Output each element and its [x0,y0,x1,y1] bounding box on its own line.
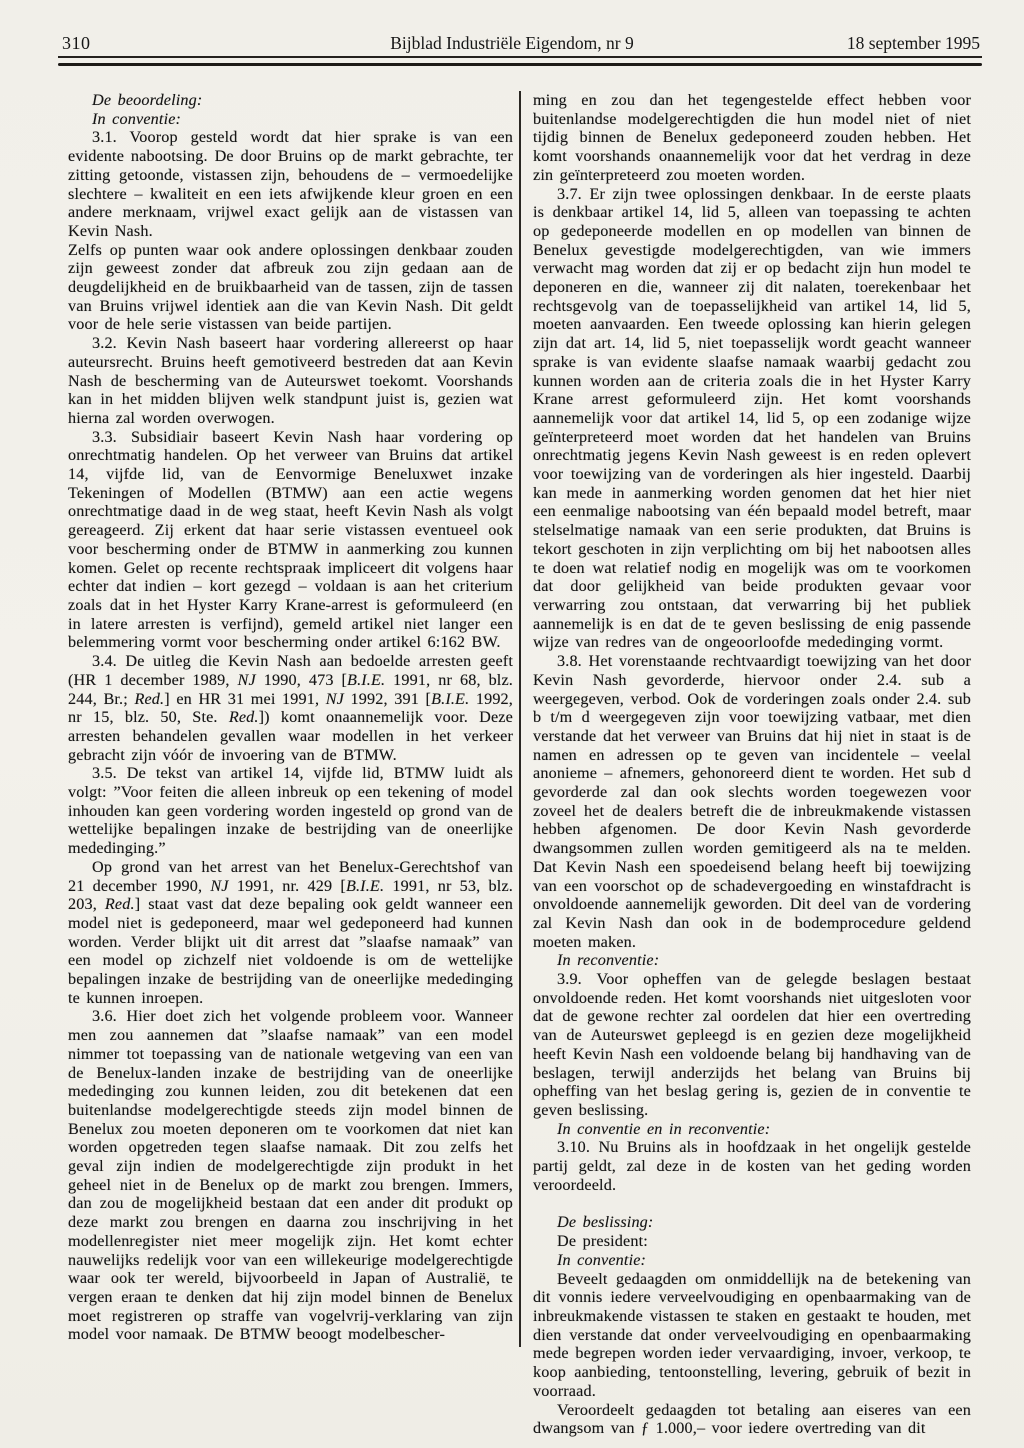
text-segment: Red. [134,690,164,708]
section-heading: In conventie: [533,1251,971,1270]
text-segment: In conventie: [92,110,181,128]
text-segment: 1990, 473 [ [256,671,347,689]
text-segment: 3.1. Voorop gesteld wordt dat hier sprak… [68,128,513,240]
paragraph: 3.3. Subsidiair baseert Kevin Nash haar … [68,428,513,652]
paragraph: Beveelt gedaagden om onmiddellijk na de … [533,1270,971,1401]
text-segment: 3.2. Kevin Nash baseert haar vordering a… [68,334,513,427]
section-heading: De beoordeling: [68,91,513,110]
issue-date: 18 september 1995 [847,33,980,54]
column-divider [519,91,521,1347]
header-rule-thick [58,63,982,66]
text-segment: 3.10. Nu Bruins als in hoofdzaak in het … [533,1138,971,1193]
text-segment: 3.5. De tekst van artikel 14, vijfde lid… [68,764,513,857]
paragraph: 3.10. Nu Bruins als in hoofdzaak in het … [533,1138,971,1194]
text-segment: 3.9. Voor opheffen van de gelegde beslag… [533,970,971,1119]
text-segment: B.I.E. [347,671,385,689]
text-segment: 3.8. Het vorenstaande rechtvaardigt toew… [533,652,971,951]
section-heading: In conventie en in reconventie: [533,1120,971,1139]
text-segment: De beslissing: [557,1213,653,1231]
text-segment: B.I.E. [346,877,384,895]
text-segment: ] staat vast dat deze bepaling ook geldt… [68,895,513,1007]
paragraph: Op grond van het arrest van het Benelux-… [68,858,513,1008]
paragraph: 3.4. De uitleg die Kevin Nash aan bedoel… [68,652,513,764]
text-segment: Beveelt gedaagden om onmiddellijk na de … [533,1270,971,1400]
paragraph: 3.5. De tekst van artikel 14, vijfde lid… [68,764,513,858]
text-segment: NJ [326,690,344,708]
right-column: ming en zou dan het tegengestelde effect… [533,91,971,1438]
text-segment: Red. [229,708,259,726]
paragraph: 3.2. Kevin Nash baseert haar vordering a… [68,334,513,428]
section-heading: De beslissing: [533,1213,971,1232]
paragraph: 3.8. Het vorenstaande rechtvaardigt toew… [533,652,971,951]
text-segment: ] en HR 31 mei 1991, [164,690,325,708]
text-segment: Veroordeelt gedaagden tot betaling aan e… [533,1401,971,1438]
paragraph: 3.9. Voor opheffen van de gelegde beslag… [533,970,971,1120]
document-page: 310 Bijblad Industriële Eigendom, nr 9 1… [0,0,1024,1448]
text-segment: De president: [557,1232,648,1250]
text-segment: 1991, nr. 429 [ [229,877,346,895]
text-segment: Zelfs op punten waar ook andere oplossin… [68,241,513,334]
paragraph: 3.1. Voorop gesteld wordt dat hier sprak… [68,128,513,240]
paragraph: ming en zou dan het tegengestelde effect… [533,91,971,185]
text-segment: In conventie: [557,1251,646,1269]
text-segment: Red. [105,895,135,913]
section-heading: In reconventie: [533,951,971,970]
text-segment: 3.7. Er zijn twee oplossingen denkbaar. … [533,185,971,652]
text-segment: 3.6. Hier doet zich het volgende problee… [68,1007,513,1343]
section-heading: De president: [533,1232,971,1251]
left-column: De beoordeling:In conventie:3.1. Voorop … [68,91,513,1344]
text-segment: In conventie en in reconventie: [557,1120,770,1138]
text-segment: 3.3. Subsidiair baseert Kevin Nash haar … [68,428,513,652]
text-segment: NJ [210,877,228,895]
header-rule-thin [58,56,982,58]
text-segment: ming en zou dan het tegengestelde effect… [533,91,971,184]
paragraph: 3.6. Hier doet zich het volgende problee… [68,1007,513,1344]
text-segment: In reconventie: [557,951,659,969]
paragraph: Veroordeelt gedaagden tot betaling aan e… [533,1401,971,1438]
text-segment: 1992, 391 [ [344,690,431,708]
paragraph: 3.7. Er zijn twee oplossingen denkbaar. … [533,185,971,653]
text-segment: NJ [238,671,256,689]
text-segment: De beoordeling: [92,91,202,109]
section-heading: In conventie: [68,110,513,129]
paragraph: Zelfs op punten waar ook andere oplossin… [68,241,513,335]
text-segment: B.I.E. [431,690,469,708]
paragraph-spacer [533,1194,971,1213]
